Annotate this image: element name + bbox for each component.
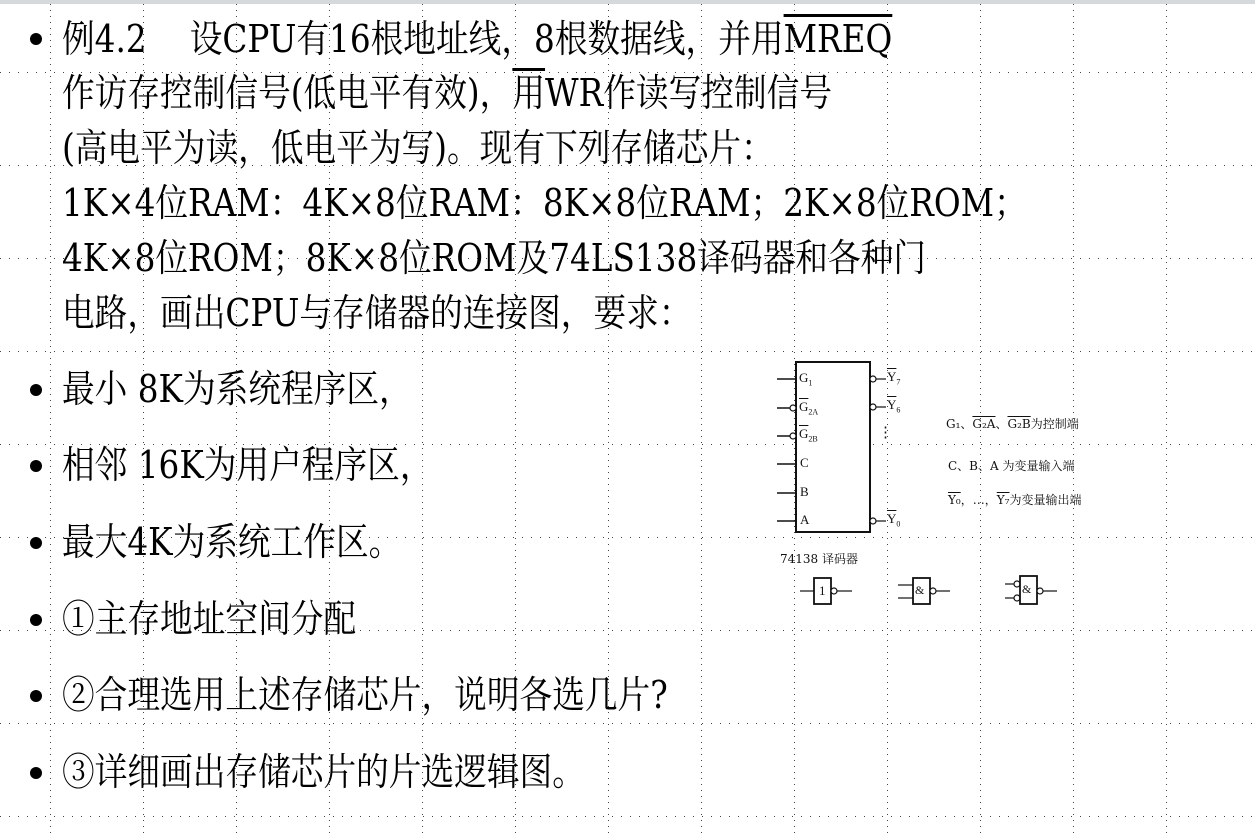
pin-b: B <box>800 484 809 500</box>
requirement-item: 相邻 16K为用户程序区， <box>62 438 433 492</box>
problem-line-1: 例4.2 设CPU有16根地址线，8根数据线，并用MREQ <box>62 12 892 66</box>
bullet-icon <box>30 614 42 626</box>
pin-g2a: G2A <box>799 399 818 417</box>
legend-input-pins: C、B、A 为变量输入端 <box>948 457 1074 474</box>
decoder-figure: G1 G2A G2B C B A Y7 Y6 ⋮ Y0 74138 译码器 1 … <box>760 355 1140 615</box>
requirement-item: 最大4K为系统工作区。 <box>62 515 401 569</box>
problem-line-3: (高电平为读，低电平为写)。现有下列存储芯片： <box>62 121 774 175</box>
bullet-icon <box>30 767 42 779</box>
question-item: ②合理选用上述存储芯片，说明各选几片? <box>62 668 668 722</box>
question-item: ③详细画出存储芯片的片选逻辑图。 <box>62 745 585 799</box>
nand-gate-symbol: & <box>915 583 924 598</box>
text-segment: WR作读写控制信号 <box>545 71 832 115</box>
problem-line-5: 4K×8位ROM；8K×8位ROM及74LS138译码器和各种门 <box>62 231 926 285</box>
neg-input-gate-symbol: & <box>1022 582 1031 597</box>
bullet-icon <box>30 460 42 472</box>
pin-c: C <box>800 455 809 471</box>
problem-line-2: 作访存控制信号(低电平有效)，用WR作读写控制信号 <box>62 66 832 120</box>
pin-a: A <box>800 512 809 528</box>
pin-y7: Y7 <box>887 369 900 387</box>
slide-content: 例4.2 设CPU有16根地址线，8根数据线，并用MREQ 作访存控制信号(低电… <box>0 0 1255 838</box>
text-segment: 1K×4位RAM：4K×8位RAM：8K×8位RAM；2K×8位ROM； <box>62 181 1027 225</box>
bullet-icon <box>30 537 42 549</box>
bullet-icon <box>30 384 42 396</box>
mreq-signal: MREQ <box>784 17 893 61</box>
text-segment: 4K×8位ROM；8K×8位ROM及74LS138译码器和各种门 <box>62 236 926 280</box>
outputs-ellipsis: ⋮ <box>878 423 893 442</box>
pin-y0: Y0 <box>887 511 900 529</box>
wr-signal-prefix: 用 <box>512 71 545 115</box>
text-segment: 作访存控制信号(低电平有效)， <box>62 71 512 115</box>
problem-line-6: 电路，画出CPU与存储器的连接图，要求： <box>62 286 692 340</box>
decoder-diagram <box>760 355 1140 615</box>
bullet-icon <box>30 33 42 45</box>
not-gate-symbol: 1 <box>819 583 826 599</box>
bullet-icon <box>30 690 42 702</box>
text-segment: (高电平为读，低电平为写)。现有下列存储芯片： <box>62 126 774 170</box>
legend-control-pins: G₁、G₂A、G₂B为控制端 <box>946 415 1079 432</box>
requirement-item: 最小 8K为系统程序区， <box>62 362 412 416</box>
text-segment: 例4.2 设CPU有16根地址线，8根数据线，并用 <box>62 17 784 61</box>
question-item: ①主存地址空间分配 <box>62 592 356 646</box>
text-segment: 电路，画出CPU与存储器的连接图，要求： <box>62 291 692 335</box>
pin-y6: Y6 <box>887 397 900 415</box>
decoder-caption: 74138 译码器 <box>780 550 858 567</box>
pin-g2b: G2B <box>799 426 818 444</box>
problem-line-4: 1K×4位RAM：4K×8位RAM：8K×8位RAM；2K×8位ROM； <box>62 176 1027 230</box>
pin-g1: G1 <box>799 370 812 388</box>
legend-output-pins: Y₀，…，Y₇为变量输出端 <box>948 491 1082 508</box>
